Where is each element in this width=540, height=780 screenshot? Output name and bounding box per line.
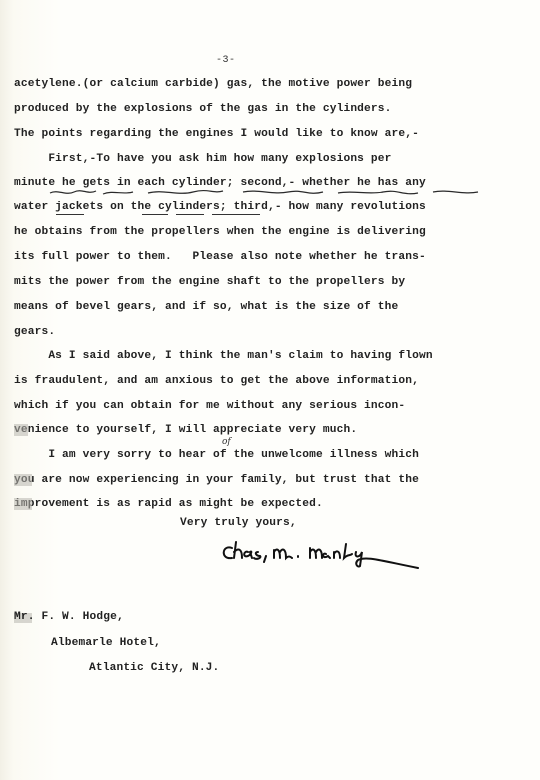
- text-line: As I said above, I think the man's claim…: [14, 349, 433, 363]
- handwritten-underline: [142, 213, 168, 215]
- handwritten-underline: [56, 213, 84, 215]
- text-line: which if you can obtain for me without a…: [14, 399, 405, 413]
- text-line: he obtains from the propellers when the …: [14, 225, 426, 239]
- text-line: you are now experiencing in your family,…: [14, 473, 419, 487]
- text-line: I am very sorry to hear of the unwelcome…: [14, 448, 419, 462]
- text-line: acetylene.(or calcium carbide) gas, the …: [14, 77, 412, 91]
- text-line: The points regarding the engines I would…: [14, 127, 419, 141]
- handwritten-insertion: [48, 186, 508, 200]
- text-line: improvement is as rapid as might be expe…: [14, 497, 323, 511]
- scan-shading: [14, 498, 32, 510]
- scan-shading: [14, 424, 28, 436]
- handwritten-underline: [176, 213, 204, 215]
- handwritten-underline: [212, 213, 260, 215]
- scan-shading: [14, 474, 32, 486]
- text-line: mits the power from the engine shaft to …: [14, 275, 405, 289]
- page-number: -3-: [216, 55, 236, 66]
- recipient-address-line-2: Atlantic City, N.J.: [89, 661, 219, 675]
- text-line: venience to yourself, I will appreciate …: [14, 423, 357, 437]
- closing: Very truly yours,: [180, 516, 297, 530]
- handwritten-insertion-mark: of: [222, 437, 231, 447]
- text-line: its full power to them. Please also note…: [14, 250, 426, 264]
- text-line: is fraudulent, and am anxious to get the…: [14, 374, 419, 388]
- recipient-address-line-1: Albemarle Hotel,: [51, 636, 161, 650]
- text-line: produced by the explosions of the gas in…: [14, 102, 392, 116]
- text-line: water jackets on the cylinders; third,- …: [14, 200, 426, 214]
- letter-page: -3- acetylene.(or calcium carbide) gas, …: [0, 0, 540, 780]
- text-line: gears.: [14, 325, 55, 339]
- recipient-name: Mr. F. W. Hodge,: [14, 610, 124, 624]
- text-line: First,-To have you ask him how many expl…: [14, 152, 392, 166]
- signature: [218, 534, 498, 574]
- text-line: means of bevel gears, and if so, what is…: [14, 300, 398, 314]
